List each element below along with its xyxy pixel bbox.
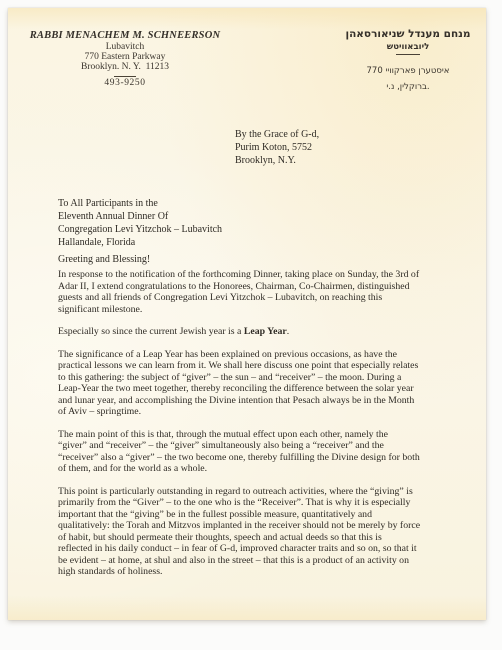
hebrew-street-word: איסטערן	[418, 66, 449, 76]
sender-org-english: Lubavitch	[20, 42, 230, 52]
hebrew-name-word: שניאורסאהן	[345, 28, 404, 40]
hebrew-city-word: ברוקלין,	[397, 82, 427, 92]
hebrew-name-word: מנחם	[444, 28, 471, 40]
body-paragraph-1: In response to the notification of the f…	[58, 269, 482, 315]
sender-city-english: Brooklyn. N. Y. 11213	[20, 62, 230, 72]
sender-street-hebrew: 770 איסטערן פארקוויי	[333, 67, 483, 76]
letterhead-hebrew: מנחם מענדל שניאורסאהן ליובאוויטש 770 איס…	[333, 28, 483, 92]
paragraph-2-bold-phrase: Leap Year	[244, 326, 287, 337]
body-paragraph-4: The main point of this is that, through …	[58, 429, 482, 475]
hebrew-name-word: מענדל	[408, 28, 440, 40]
sender-street-english: 770 Eastern Parkway	[20, 52, 230, 62]
dateline: By the Grace of G-d, Purim Koton, 5752 B…	[235, 128, 319, 167]
sender-name-english: RABBI MENACHEM M. SCHNEERSON	[20, 30, 230, 42]
body-paragraph-3: The significance of a Leap Year has been…	[58, 349, 482, 418]
paragraph-2-period: .	[287, 326, 289, 337]
recipient-address: To All Participants in the Eleventh Annu…	[58, 197, 222, 249]
body-paragraph-5: This point is particularly outstanding i…	[58, 486, 482, 578]
body-paragraph-2: Especially so since the current Jewish y…	[58, 326, 482, 338]
sender-org-hebrew: ליובאוויטש	[333, 43, 483, 52]
hebrew-street-number: 770	[367, 66, 383, 76]
sender-phone: 493-9250	[20, 78, 230, 88]
paragraph-2-text: Especially so since the current Jewish y…	[58, 326, 244, 337]
sender-name-hebrew: מנחם מענדל שניאורסאהן	[333, 28, 483, 40]
sender-city-hebrew: ברוקלין, נ.י.	[333, 83, 483, 92]
salutation: Greeting and Blessing!	[58, 253, 150, 266]
phone-overline-rule	[114, 76, 136, 77]
letter-body: In response to the notification of the f…	[58, 269, 482, 589]
letterhead-english: RABBI MENACHEM M. SCHNEERSON Lubavitch 7…	[20, 30, 230, 88]
hebrew-street-word: פארקוויי	[385, 66, 415, 76]
letter-paper: RABBI MENACHEM M. SCHNEERSON Lubavitch 7…	[8, 8, 486, 620]
org-underline-rule	[396, 54, 420, 55]
